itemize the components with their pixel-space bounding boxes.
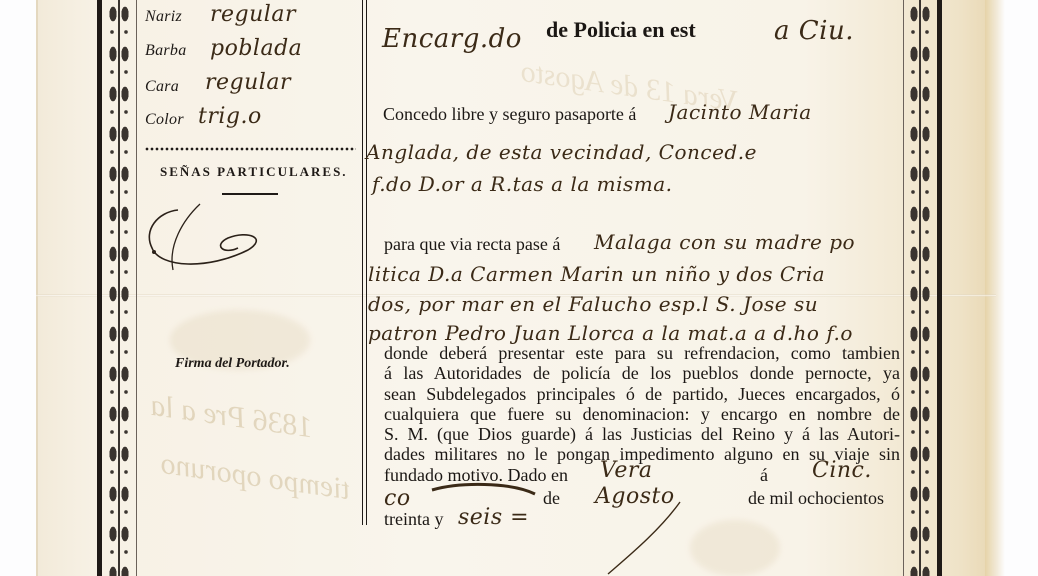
right-ornament-border [905, 0, 935, 576]
left-ornament-border [104, 0, 134, 576]
column-divider-line [366, 0, 367, 525]
signature-label: Firma del Portador. [175, 356, 290, 372]
right-border-thin-line [903, 0, 904, 576]
body-line: cualquiera que fuere su denominacion: y … [384, 404, 900, 424]
handwritten-flourish [430, 480, 540, 500]
body-line: á las Autoridades de policía de los pueb… [384, 363, 900, 383]
water-stain [690, 520, 780, 576]
body-line: S. M. (que Dios guarde) á las Justicias … [384, 424, 900, 444]
right-border-thick-line [937, 0, 942, 576]
dotted-separator [145, 147, 356, 151]
passport-body-text: donde deberá presentar este para su refr… [384, 343, 900, 465]
body-line: sean Subdelegados principales ó de parti… [384, 384, 900, 404]
destination-printed-intro: para que via recta pase á [384, 234, 560, 255]
short-rule-separator [222, 193, 278, 195]
field-label-barba: Barba [145, 42, 187, 60]
destination-line-1: Malaga con su madre po [594, 230, 855, 254]
header-handwritten-suffix: a Ciu. [774, 16, 854, 46]
field-label-color: Color [145, 111, 184, 129]
header-printed-title: de Policia en est [546, 17, 696, 43]
header-handwritten-prefix: Encarg.do [382, 24, 522, 54]
paper-torn-right-edge [985, 0, 1005, 576]
grant-holder-details: Anglada, de esta vecindad, Conced.e [366, 140, 757, 164]
grant-holder-name: Jacinto Maria [668, 100, 812, 124]
handwritten-descender-stroke [600, 500, 690, 576]
closing-de: de [543, 488, 560, 509]
field-value-color: trig.o [198, 104, 262, 129]
closing-year-handwritten: seis = [458, 505, 529, 530]
closing-year-printed-1: de mil ochocientos [748, 488, 884, 509]
left-border-thin-line [136, 0, 137, 576]
destination-line-3: dos, por mar en el Falucho esp.l S. Jose… [368, 292, 818, 316]
closing-a: á [760, 465, 768, 486]
paper-left-edge [36, 0, 38, 576]
field-value-barba: poblada [210, 36, 302, 61]
closing-year-printed-2: treinta y [384, 509, 443, 530]
body-line: donde deberá presentar este para su refr… [384, 343, 900, 363]
field-value-nariz: regular [210, 2, 296, 27]
closing-place: Vera [600, 458, 653, 483]
destination-line-4: patron Pedro Juan Llorca a la mat.a a d.… [368, 321, 853, 345]
grant-holder-extra: f.do D.or a R.tas a la misma. [372, 172, 673, 196]
destination-line-2: litica D.a Carmen Marin un niño y dos Cr… [368, 262, 825, 286]
field-label-nariz: Nariz [145, 8, 182, 26]
grant-printed-intro: Concedo libre y seguro pasaporte á [383, 104, 636, 125]
closing-day-part-1: Cinc. [812, 458, 872, 483]
section-title-senas-particulares: SEÑAS PARTICULARES. [160, 164, 348, 180]
closing-day-part-2: co [384, 486, 411, 511]
bearer-signature-mark [138, 200, 268, 280]
field-value-cara: regular [205, 70, 291, 95]
field-label-cara: Cara [145, 78, 179, 96]
left-border-thick-line [97, 0, 102, 576]
column-divider-line [362, 0, 363, 525]
